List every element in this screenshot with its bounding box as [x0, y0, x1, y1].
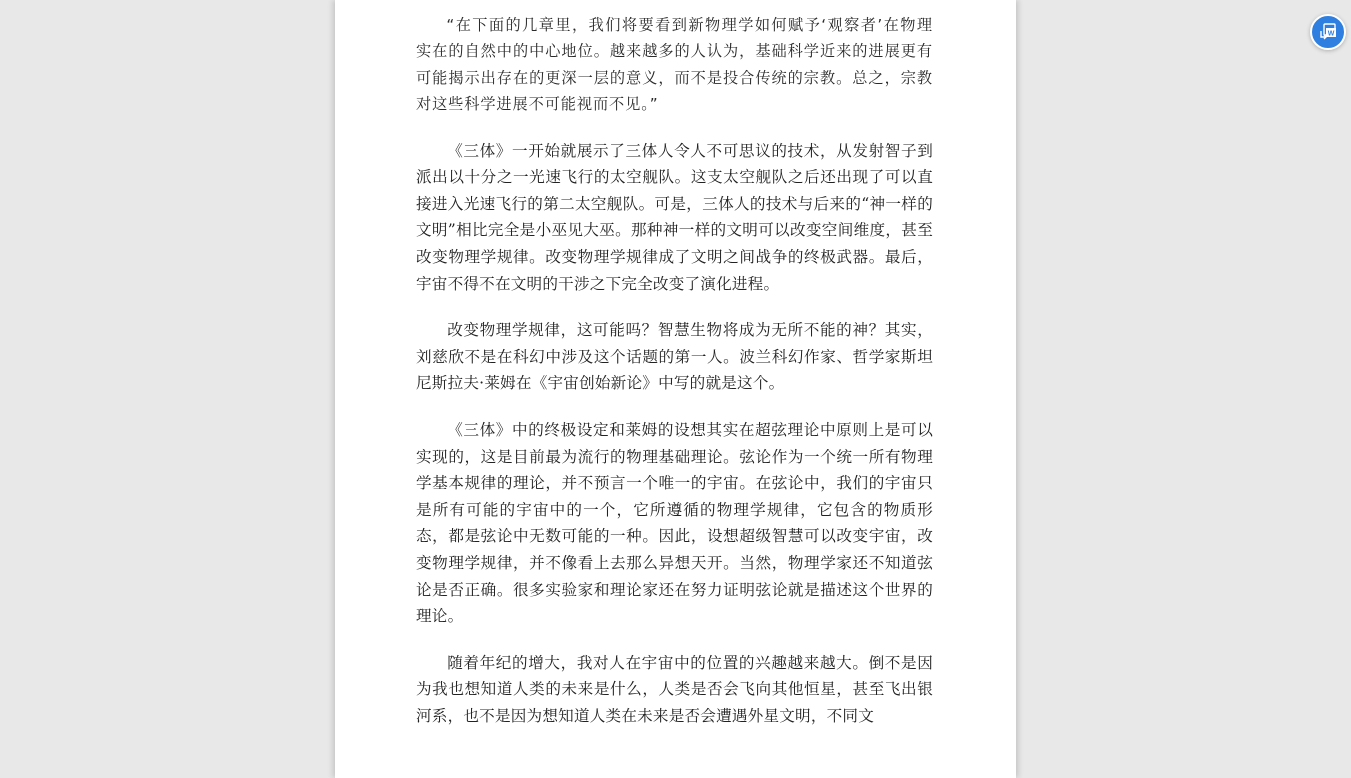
document-viewer[interactable]: “在下面的几章里，我们将要看到新物理学如何赋予‘观察者’在物理实在的自然中的中心…	[0, 0, 1351, 778]
convert-to-word-icon: W	[1318, 22, 1338, 42]
body-paragraph: 随着年纪的增大，我对人在宇宙中的位置的兴趣越来越大。倒不是因为我也想知道人类的未…	[416, 650, 933, 730]
page-content: “在下面的几章里，我们将要看到新物理学如何赋予‘观察者’在物理实在的自然中的中心…	[416, 12, 933, 750]
body-paragraph: 《三体》中的终极设定和莱姆的设想其实在超弦理论中原则上是可以实现的，这是目前最为…	[416, 417, 933, 630]
convert-to-word-button[interactable]: W	[1310, 14, 1346, 50]
document-page: “在下面的几章里，我们将要看到新物理学如何赋予‘观察者’在物理实在的自然中的中心…	[335, 0, 1016, 778]
body-paragraph: 改变物理学规律，这可能吗？智慧生物将成为无所不能的神？其实，刘慈欣不是在科幻中涉…	[416, 317, 933, 397]
svg-text:W: W	[1328, 31, 1335, 38]
body-paragraph: 《三体》一开始就展示了三体人令人不可思议的技术，从发射智子到派出以十分之一光速飞…	[416, 138, 933, 298]
quote-paragraph: “在下面的几章里，我们将要看到新物理学如何赋予‘观察者’在物理实在的自然中的中心…	[416, 12, 933, 118]
